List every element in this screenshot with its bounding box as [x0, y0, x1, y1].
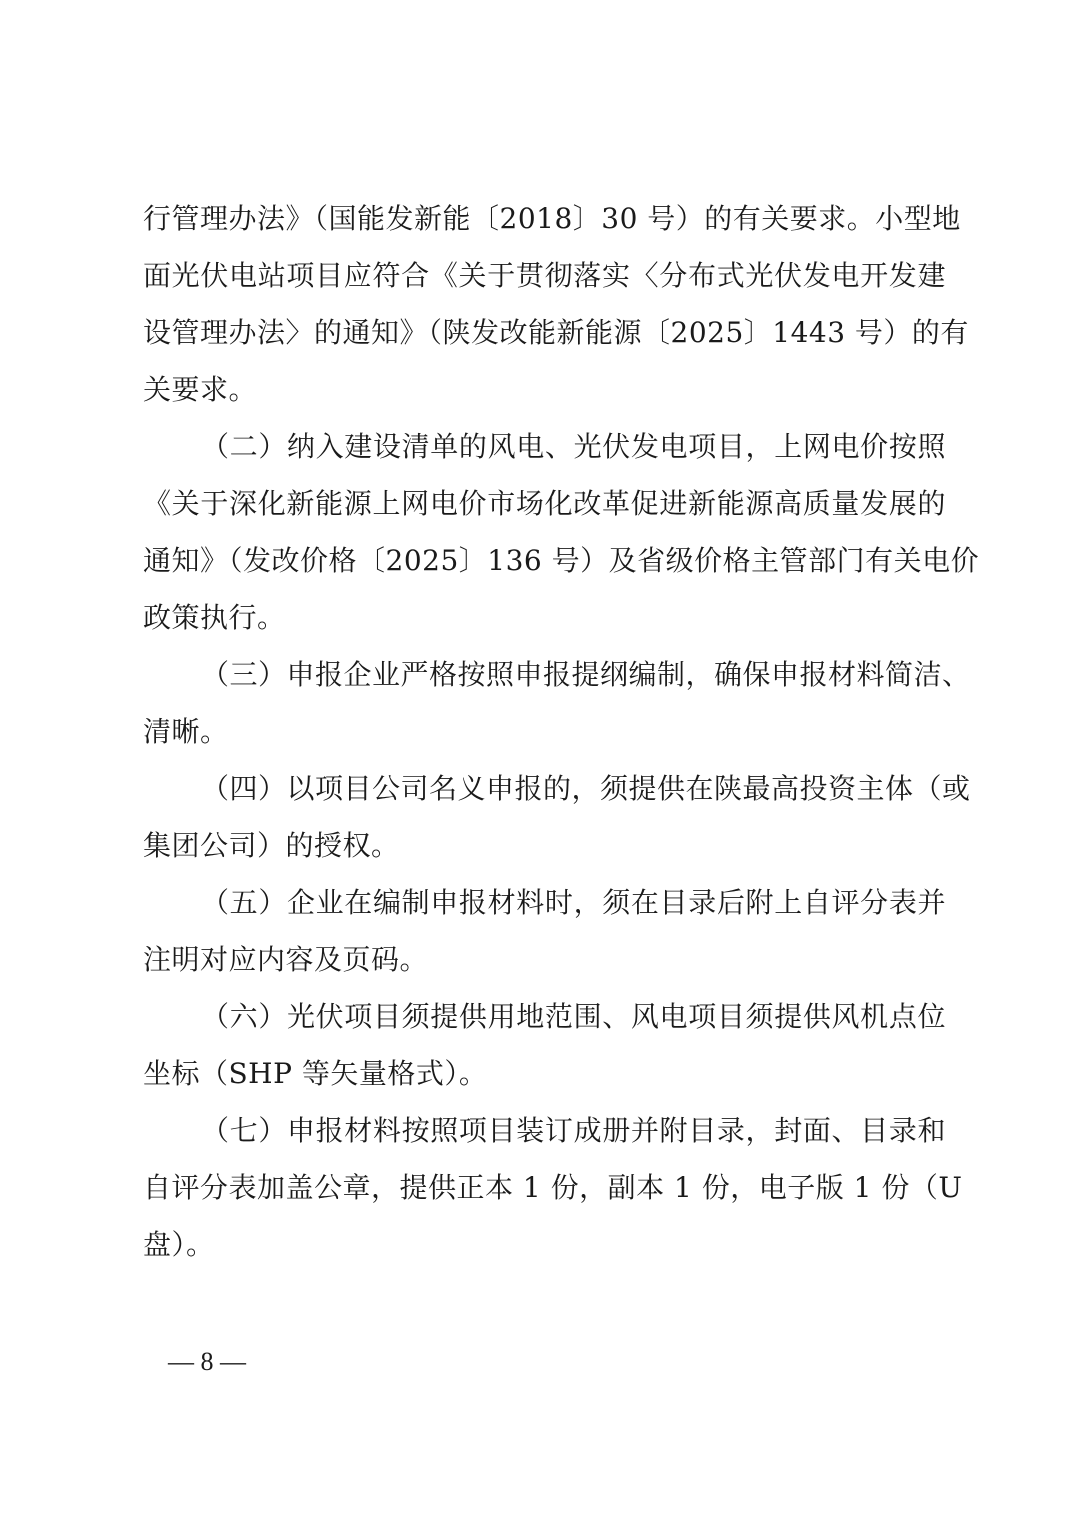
text-line: 清晰。	[143, 703, 946, 760]
paragraph-continuation: 行管理办法》（国能发新能〔2018〕30 号）的有关要求。小型地 面光伏电站项目…	[143, 190, 946, 418]
text-line: 行管理办法》（国能发新能〔2018〕30 号）的有关要求。小型地	[143, 190, 946, 247]
document-page: 行管理办法》（国能发新能〔2018〕30 号）的有关要求。小型地 面光伏电站项目…	[0, 0, 1080, 1528]
paragraph-item-5: （五）企业在编制申报材料时，须在目录后附上自评分表并 注明对应内容及页码。	[143, 874, 946, 988]
text-line: 《关于深化新能源上网电价市场化改革促进新能源高质量发展的	[143, 475, 946, 532]
text-line: 政策执行。	[143, 589, 946, 646]
text-line: （三）申报企业严格按照申报提纲编制，确保申报材料简洁、	[143, 646, 946, 703]
text-line: （七）申报材料按照项目装订成册并附目录，封面、目录和	[143, 1102, 946, 1159]
text-line: 集团公司）的授权。	[143, 817, 946, 874]
document-body: 行管理办法》（国能发新能〔2018〕30 号）的有关要求。小型地 面光伏电站项目…	[143, 190, 946, 1273]
paragraph-item-7: （七）申报材料按照项目装订成册并附目录，封面、目录和 自评分表加盖公章，提供正本…	[143, 1102, 946, 1273]
text-line: （四）以项目公司名义申报的，须提供在陕最高投资主体（或	[143, 760, 946, 817]
text-line: （六）光伏项目须提供用地范围、风电项目须提供风机点位	[143, 988, 946, 1045]
text-line: 盘）。	[143, 1216, 946, 1273]
text-line: 通知》（发改价格〔2025〕136 号）及省级价格主管部门有关电价	[143, 532, 946, 589]
paragraph-item-3: （三）申报企业严格按照申报提纲编制，确保申报材料简洁、 清晰。	[143, 646, 946, 760]
paragraph-item-6: （六）光伏项目须提供用地范围、风电项目须提供风机点位 坐标（SHP 等矢量格式）…	[143, 988, 946, 1102]
text-line: 设管理办法〉的通知》（陕发改能新能源〔2025〕1443 号）的有	[143, 304, 946, 361]
paragraph-item-4: （四）以项目公司名义申报的，须提供在陕最高投资主体（或 集团公司）的授权。	[143, 760, 946, 874]
page-number: — 8 —	[168, 1347, 246, 1377]
text-line: 坐标（SHP 等矢量格式）。	[143, 1045, 946, 1102]
text-line: （二）纳入建设清单的风电、光伏发电项目，上网电价按照	[143, 418, 946, 475]
paragraph-item-2: （二）纳入建设清单的风电、光伏发电项目，上网电价按照 《关于深化新能源上网电价市…	[143, 418, 946, 646]
text-line: 注明对应内容及页码。	[143, 931, 946, 988]
text-line: 自评分表加盖公章，提供正本 1 份，副本 1 份，电子版 1 份（U	[143, 1159, 946, 1216]
text-line: 关要求。	[143, 361, 946, 418]
text-line: 面光伏电站项目应符合《关于贯彻落实〈分布式光伏发电开发建	[143, 247, 946, 304]
text-line: （五）企业在编制申报材料时，须在目录后附上自评分表并	[143, 874, 946, 931]
